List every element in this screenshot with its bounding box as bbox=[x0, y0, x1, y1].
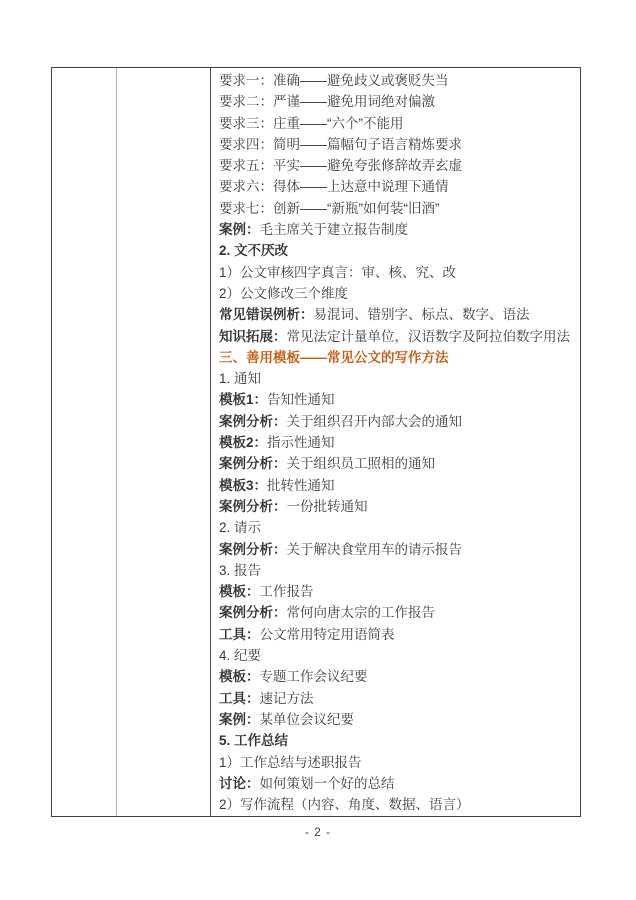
line-label: 模板： bbox=[219, 669, 260, 684]
content-line: 案例分析：一份批转通知 bbox=[219, 496, 574, 517]
line-text: 2）写作流程（内容、角度、数据、语言） bbox=[219, 797, 470, 812]
content-line: 4. 纪要 bbox=[219, 645, 574, 666]
line-label: 模板2： bbox=[219, 435, 267, 450]
table-cell-left-2 bbox=[117, 68, 211, 816]
line-text: 要求一：准确——避免歧义或褒贬失当 bbox=[219, 73, 449, 88]
content-line: 模板3：批转性通知 bbox=[219, 475, 574, 496]
line-text: 指示性通知 bbox=[267, 435, 335, 450]
content-line: 3. 报告 bbox=[219, 560, 574, 581]
content-line: 要求七：创新——“新瓶”如何装“旧酒” bbox=[219, 198, 574, 219]
line-label: 案例： bbox=[219, 712, 260, 727]
line-text: 1）工作总结与述职报告 bbox=[219, 755, 362, 770]
line-text: 一份批转通知 bbox=[287, 499, 368, 514]
content-line: 5. 工作总结 bbox=[219, 730, 574, 751]
content-line: 要求六：得体——上达意中说理下通情 bbox=[219, 176, 574, 197]
content-line: 知识拓展：常见法定计量单位，汉语数字及阿拉伯数字用法 bbox=[219, 326, 574, 347]
line-text: 4. 纪要 bbox=[219, 648, 261, 663]
content-line: 2）写作流程（内容、角度、数据、语言） bbox=[219, 794, 574, 815]
content-line: 2. 请示 bbox=[219, 517, 574, 538]
content-line: 要求一：准确——避免歧义或褒贬失当 bbox=[219, 70, 574, 91]
content-line: 案例：毛主席关于建立报告制度 bbox=[219, 219, 574, 240]
content-line: 1）公文审核四字真言：审、核、究、改 bbox=[219, 262, 574, 283]
content-line: 2）公文修改三个维度 bbox=[219, 283, 574, 304]
content-line: 常见错误例析：易混词、错别字、标点、数字、语法 bbox=[219, 304, 574, 325]
line-label: 案例分析： bbox=[219, 542, 287, 557]
line-text: 要求三：庄重——“六个”不能用 bbox=[219, 116, 404, 131]
document-table: 要求一：准确——避免歧义或褒贬失当要求二：严谨——避免用词绝对偏激要求三：庄重—… bbox=[51, 67, 581, 817]
line-text: 关于组织员工照相的通知 bbox=[287, 456, 436, 471]
content-line: 要求三：庄重——“六个”不能用 bbox=[219, 113, 574, 134]
content-line: 案例分析：关于组织员工照相的通知 bbox=[219, 453, 574, 474]
line-text: 速记方法 bbox=[260, 691, 314, 706]
content-line: 1）工作总结与述职报告 bbox=[219, 752, 574, 773]
content-line: 模板1：告知性通知 bbox=[219, 389, 574, 410]
line-text: 工作报告 bbox=[260, 584, 314, 599]
line-text: 常见法定计量单位，汉语数字及阿拉伯数字用法 bbox=[287, 329, 571, 344]
line-text: 要求六：得体——上达意中说理下通情 bbox=[219, 179, 449, 194]
line-text: 专题工作会议纪要 bbox=[260, 669, 368, 684]
document-page: 要求一：准确——避免歧义或褒贬失当要求二：严谨——避免用词绝对偏激要求三：庄重—… bbox=[0, 0, 636, 900]
line-label: 模板3： bbox=[219, 478, 267, 493]
line-text: 2）公文修改三个维度 bbox=[219, 286, 348, 301]
line-label: 案例分析： bbox=[219, 414, 287, 429]
content-line: 2. 文不厌改 bbox=[219, 240, 574, 261]
line-text: 要求五：平实——避免夸张修辞故弄玄虚 bbox=[219, 158, 462, 173]
content-line: 三、善用模板——常见公文的写作方法 bbox=[219, 347, 574, 368]
page-number: - 2 - bbox=[0, 825, 636, 839]
line-text: 某单位会议纪要 bbox=[260, 712, 355, 727]
content-line: 案例：某单位会议纪要 bbox=[219, 709, 574, 730]
content-line: 要求四：简明——篇幅句子语言精炼要求 bbox=[219, 134, 574, 155]
content-line: 模板2：指示性通知 bbox=[219, 432, 574, 453]
line-text: 常何向唐太宗的工作报告 bbox=[287, 605, 436, 620]
content-line: 工具：公文常用特定用语简表 bbox=[219, 624, 574, 645]
content-line: 工具：速记方法 bbox=[219, 688, 574, 709]
content-line: 案例分析：关于解决食堂用车的请示报告 bbox=[219, 539, 574, 560]
line-text: 关于解决食堂用车的请示报告 bbox=[287, 542, 463, 557]
content-lines: 要求一：准确——避免歧义或褒贬失当要求二：严谨——避免用词绝对偏激要求三：庄重—… bbox=[219, 70, 574, 815]
line-text: 1）公文审核四字真言：审、核、究、改 bbox=[219, 265, 456, 280]
line-label: 知识拓展： bbox=[219, 329, 287, 344]
line-label: 案例分析： bbox=[219, 605, 287, 620]
line-label: 模板1： bbox=[219, 392, 267, 407]
line-label: 常见错误例析： bbox=[219, 307, 314, 322]
line-label: 案例分析： bbox=[219, 456, 287, 471]
content-line: 要求五：平实——避免夸张修辞故弄玄虚 bbox=[219, 155, 574, 176]
line-text: 如何策划一个好的总结 bbox=[260, 776, 395, 791]
line-text: 批转性通知 bbox=[267, 478, 335, 493]
line-text: 三、善用模板——常见公文的写作方法 bbox=[219, 350, 449, 365]
line-text: 关于组织召开内部大会的通知 bbox=[287, 414, 463, 429]
line-label: 案例分析： bbox=[219, 499, 287, 514]
line-text: 毛主席关于建立报告制度 bbox=[260, 222, 409, 237]
line-text: 3. 报告 bbox=[219, 563, 261, 578]
line-text: 1. 通知 bbox=[219, 371, 261, 386]
content-line: 模板：工作报告 bbox=[219, 581, 574, 602]
line-text: 要求四：简明——篇幅句子语言精炼要求 bbox=[219, 137, 462, 152]
content-line: 案例分析：关于组织召开内部大会的通知 bbox=[219, 411, 574, 432]
line-text: 要求二：严谨——避免用词绝对偏激 bbox=[219, 94, 435, 109]
content-line: 案例分析：常何向唐太宗的工作报告 bbox=[219, 602, 574, 623]
table-cell-left-1 bbox=[52, 68, 117, 816]
line-label: 工具： bbox=[219, 691, 260, 706]
line-label: 讨论： bbox=[219, 776, 260, 791]
line-text: 告知性通知 bbox=[267, 392, 335, 407]
content-line: 要求二：严谨——避免用词绝对偏激 bbox=[219, 91, 574, 112]
line-text: 5. 工作总结 bbox=[219, 733, 288, 748]
table-cell-content: 要求一：准确——避免歧义或褒贬失当要求二：严谨——避免用词绝对偏激要求三：庄重—… bbox=[211, 68, 580, 816]
line-label: 模板： bbox=[219, 584, 260, 599]
line-label: 工具： bbox=[219, 627, 260, 642]
line-text: 2. 请示 bbox=[219, 520, 261, 535]
content-line: 1. 通知 bbox=[219, 368, 574, 389]
content-line: 讨论：如何策划一个好的总结 bbox=[219, 773, 574, 794]
content-line: 模板：专题工作会议纪要 bbox=[219, 666, 574, 687]
line-text: 易混词、错别字、标点、数字、语法 bbox=[314, 307, 530, 322]
line-text: 公文常用特定用语简表 bbox=[260, 627, 395, 642]
line-label: 案例： bbox=[219, 222, 260, 237]
line-text: 要求七：创新——“新瓶”如何装“旧酒” bbox=[219, 201, 439, 216]
line-text: 2. 文不厌改 bbox=[219, 243, 288, 258]
